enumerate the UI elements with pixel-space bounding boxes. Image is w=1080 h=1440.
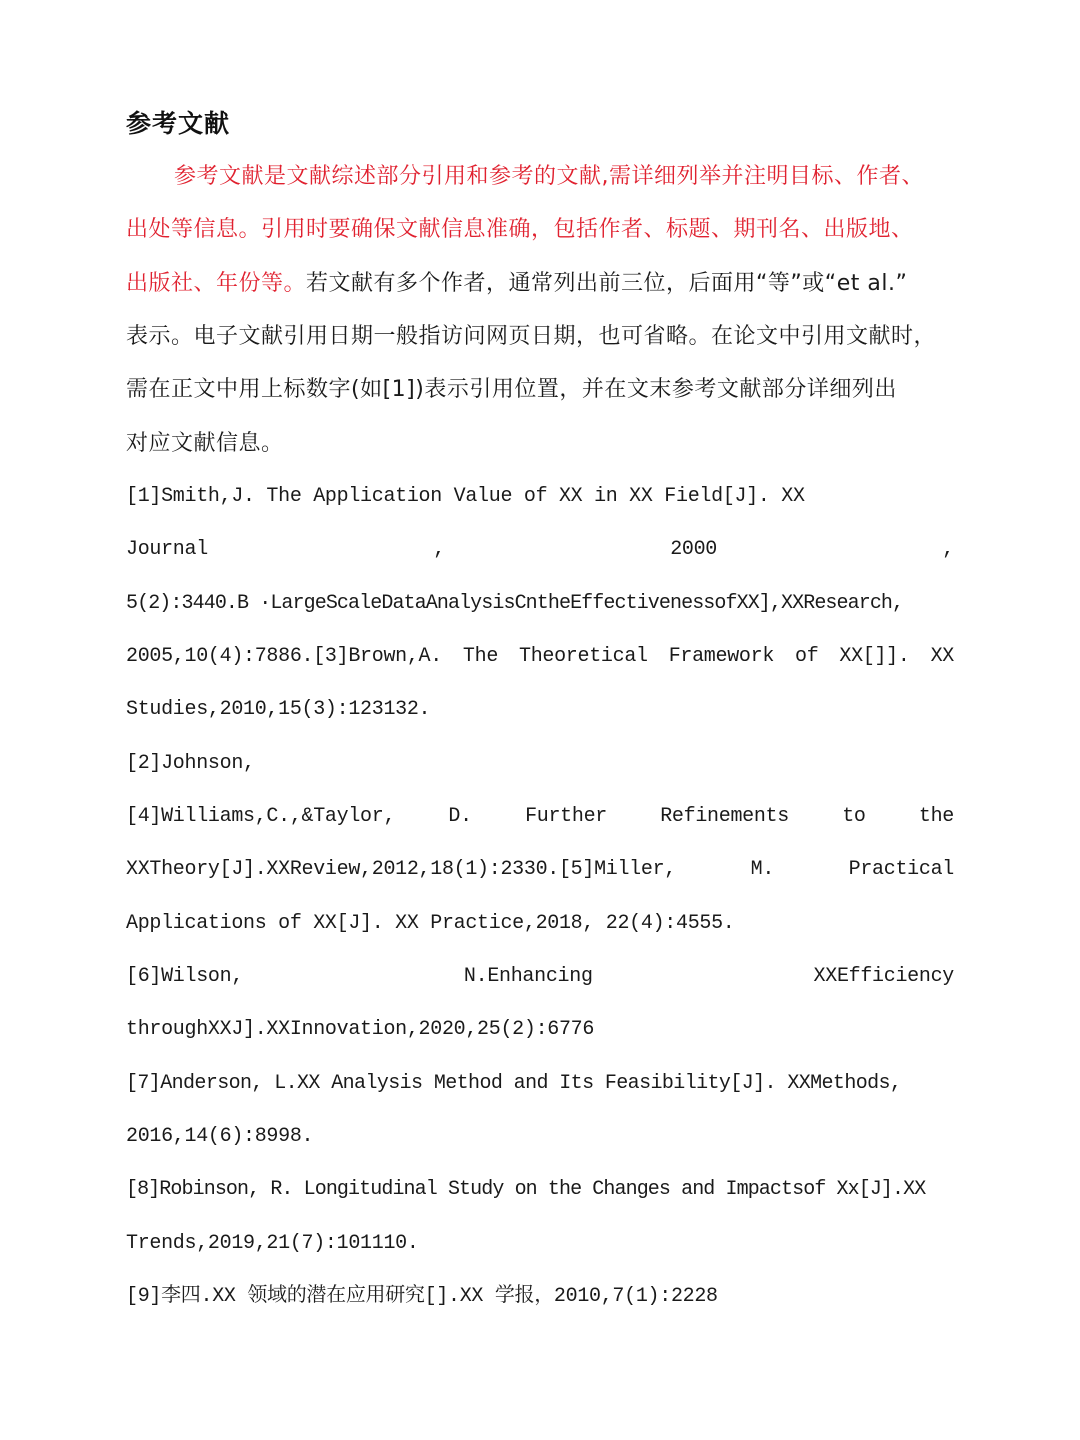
reference-6-line-1: [6]Wilson, N.Enhancing XXEfficiency (126, 960, 954, 994)
ref-word: , (942, 533, 954, 567)
reference-3-line-1: 2005,10(4):7886.[3]Brown,A. The Theoreti… (126, 640, 954, 674)
ref-word: [6]Wilson, (126, 960, 243, 994)
reference-8-line-1: [8]Robinson, R. Longitudinal Study on th… (126, 1173, 954, 1207)
intro-line-3-black: 若文献有多个作者，通常列出前三位，后面用“等”或“et al.” (306, 271, 907, 296)
ref-word: the (919, 800, 954, 834)
ref-word: The (463, 640, 498, 674)
reference-2-line-1: [2]Johnson, (126, 747, 954, 781)
reference-6-line-2: throughXXJ].XXInnovation,2020,25(2):6776 (126, 1013, 954, 1047)
ref-word: XXEfficiency (814, 960, 954, 994)
reference-7-line-1: [7]Anderson, L.XX Analysis Method and It… (126, 1067, 954, 1101)
reference-9-line-1: [9]李四.XX 领域的潜在应用研究[].XX 学报，2010,7(1):222… (126, 1280, 954, 1314)
intro-line-3: 出版社、年份等。若文献有多个作者，通常列出前三位，后面用“等”或“et al.” (126, 267, 954, 301)
ref-word: Theoretical (519, 640, 648, 674)
reference-7-line-2: 2016,14(6):8998. (126, 1120, 954, 1154)
reference-1-line-1: [1]Smith,J. The Application Value of XX … (126, 480, 954, 514)
ref-word: Further (525, 800, 607, 834)
ref-word: N.Enhancing (464, 960, 593, 994)
ref-word: to (842, 800, 865, 834)
intro-line-5: 需在正文中用上标数字(如[1])表示引用位置，并在文末参考文献部分详细列出 (126, 373, 954, 407)
ref-word: 2005,10(4):7886.[3]Brown,A. (126, 640, 442, 674)
ref-word: Journal (126, 533, 208, 567)
ref-word: [4]Williams,C.,&Taylor, (126, 800, 395, 834)
reference-5-line-2: Applications of XX[J]. XX Practice,2018,… (126, 907, 954, 941)
intro-line-3-red: 出版社、年份等。 (126, 271, 306, 296)
ref-word: Practical (849, 853, 954, 887)
reference-4-line-1: [4]Williams,C.,&Taylor, D. Further Refin… (126, 800, 954, 834)
intro-line-6: 对应文献信息。 (126, 427, 954, 461)
intro-line-4: 表示。电子文献引用日期一般指访问网页日期，也可省略。在论文中引用文献时， (126, 320, 954, 354)
ref-word: , (433, 533, 445, 567)
ref-word: D. (448, 800, 471, 834)
reference-4-line-2: XXTheory[J].XXReview,2012,18(1):2330.[5]… (126, 853, 954, 887)
reference-1-line-2: Journal , 2000 , (126, 533, 954, 567)
reference-8-line-2: Trends,2019,21(7):101110. (126, 1227, 954, 1261)
ref-word: M. (751, 853, 774, 887)
intro-line-1: 参考文献是文献综述部分引用和参考的文献,需详细列举并注明目标、作者、 (126, 160, 1002, 194)
reference-3-line-2: Studies,2010,15(3):123132. (126, 693, 954, 727)
ref-word: Refinements (660, 800, 789, 834)
ref-word: XX (931, 640, 954, 674)
page-title: 参考文献 (126, 104, 230, 140)
ref-word: of (795, 640, 818, 674)
ref-word: XX[]]. (839, 640, 909, 674)
reference-1-line-3: 5(2):3440.B ·LargeScaleDataAnalysisCnthe… (126, 587, 954, 621)
intro-line-2: 出处等信息。引用时要确保文献信息准确，包括作者、标题、期刊名、出版地、 (126, 213, 954, 247)
ref-word: 2000 (670, 533, 717, 567)
ref-word: Framework (669, 640, 774, 674)
ref-word: XXTheory[J].XXReview,2012,18(1):2330.[5]… (126, 853, 676, 887)
